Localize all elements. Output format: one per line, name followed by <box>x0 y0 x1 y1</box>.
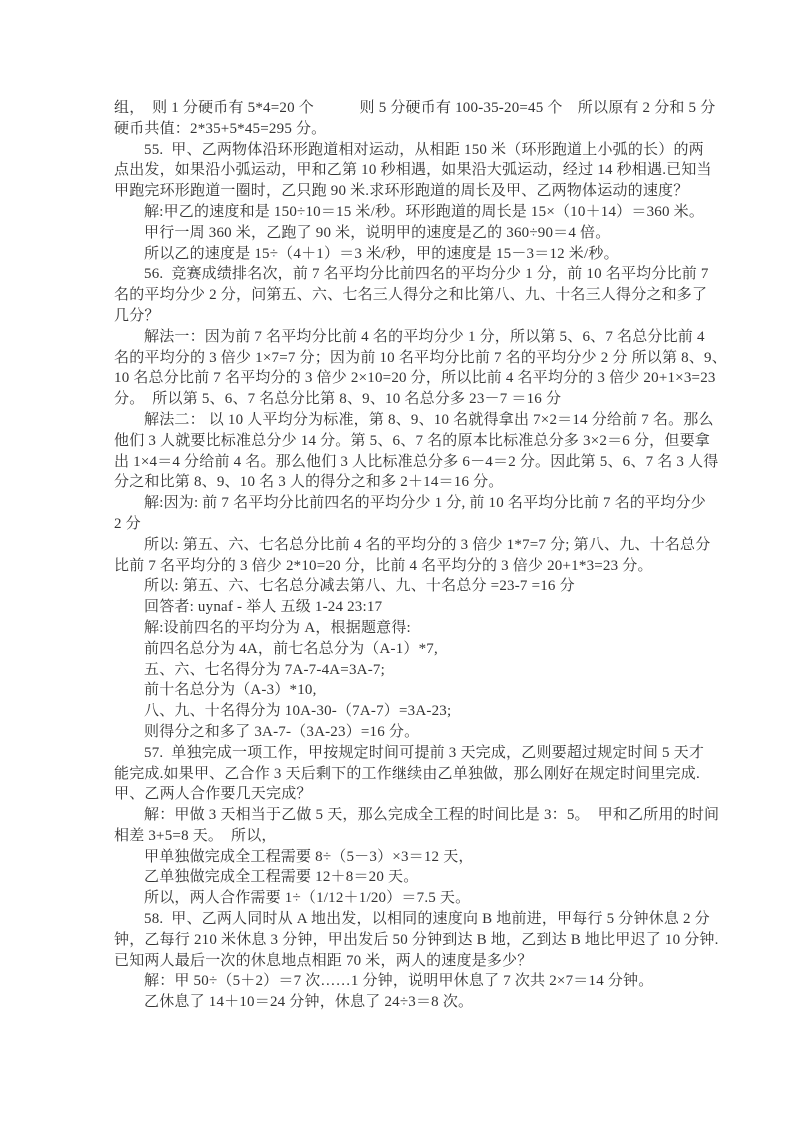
text-line: 分之和比第 8、9、10 名 3 人的得分之和多 2＋14＝16 分。 <box>114 472 691 493</box>
text-line: 组， 则 1 分硬币有 5*4=20 个 则 5 分硬币有 100-35-20=… <box>114 98 691 119</box>
text-line: 甲跑完环形跑道一圈时，乙只跑 90 米.求环形跑道的周长及甲、乙两物体运动的速度… <box>114 181 691 202</box>
text-line: 则得分之和多了 3A-7-（3A-23）=16 分。 <box>114 722 691 743</box>
text-line: 相差 3+5=8 天。 所以， <box>114 826 691 847</box>
text-line: 硬币共值：2*35+5*45=295 分。 <box>114 119 691 140</box>
text-line: 所以乙的速度是 15÷（4＋1）＝3 米/秒，甲的速度是 15－3＝12 米/秒… <box>114 244 691 265</box>
text-line: 甲单独做完成全工程需要 8÷（5－3）×3＝12 天， <box>114 847 691 868</box>
text-line: 乙单独做完成全工程需要 12＋8＝20 天。 <box>114 867 691 888</box>
document-text-block: 组， 则 1 分硬币有 5*4=20 个 则 5 分硬币有 100-35-20=… <box>114 98 691 1013</box>
text-line: 前四名总分为 4A，前七名总分为（A-1）*7, <box>114 639 691 660</box>
text-line: 解：甲做 3 天相当于乙做 5 天，那么完成全工程的时间比是 3：5。 甲和乙所… <box>114 805 691 826</box>
text-line: 八、九、十名得分为 10A-30-（7A-7）=3A-23; <box>114 701 691 722</box>
text-line: 五、六、七名得分为 7A-7-4A=3A-7; <box>114 660 691 681</box>
text-line: 解法一：因为前 7 名平均分比前 4 名的平均分少 1 分，所以第 5、6、7 … <box>114 327 691 348</box>
text-line: 55. 甲、乙两物体沿环形跑道相对运动，从相距 150 米（环形跑道上小弧的长）… <box>114 140 691 161</box>
text-line: 所以: 第五、六、七名总分减去第八、九、十名总分 =23-7 =16 分 <box>114 576 691 597</box>
document-page: 组， 则 1 分硬币有 5*4=20 个 则 5 分硬币有 100-35-20=… <box>0 0 793 1122</box>
text-line: 解法二： 以 10 人平均分为标准，第 8、9、10 名就得拿出 7×2＝14 … <box>114 410 691 431</box>
text-line: 分。 所以第 5、6、7 名总分比第 8、9、10 名总分多 23－7 ＝16 … <box>114 389 691 410</box>
text-line: 回答者: uynaf - 举人 五级 1-24 23:17 <box>114 597 691 618</box>
text-line: 他们 3 人就要比标准总分少 14 分。第 5、6、7 名的原本比标准总分多 3… <box>114 431 691 452</box>
text-line: 乙休息了 14＋10＝24 分钟，休息了 24÷3＝8 次。 <box>114 992 691 1013</box>
text-line: 58. 甲、乙两人同时从 A 地出发，以相同的速度向 B 地前进，甲每行 5 分… <box>114 909 691 930</box>
text-line: 能完成.如果甲、乙合作 3 天后剩下的工作继续由乙单独做，那么刚好在规定时间里完… <box>114 764 691 785</box>
text-line: 名的平均分的 3 倍少 1×7=7 分；因为前 10 名平均分比前 7 名的平均… <box>114 348 691 369</box>
text-line: 2 分 <box>114 514 691 535</box>
text-line: 10 名总分比前 7 名平均分的 3 倍少 2×10=20 分，所以比前 4 名… <box>114 368 691 389</box>
text-line: 几分？ <box>114 306 691 327</box>
text-line: 56. 竞赛成绩排名次，前 7 名平均分比前四名的平均分少 1 分，前 10 名… <box>114 264 691 285</box>
text-line: 所以: 第五、六、七名总分比前 4 名的平均分的 3 倍少 1*7=7 分; 第… <box>114 535 691 556</box>
text-line: 解:甲乙的速度和是 150÷10＝15 米/秒。环形跑道的周长是 15×（10＋… <box>114 202 691 223</box>
text-line: 点出发，如果沿小弧运动，甲和乙第 10 秒相遇，如果沿大弧运动，经过 14 秒相… <box>114 160 691 181</box>
text-line: 解：甲 50÷（5＋2）＝7 次……1 分钟，说明甲休息了 7 次共 2×7＝1… <box>114 971 691 992</box>
text-line: 甲行一周 360 米，乙跑了 90 米，说明甲的速度是乙的 360÷90＝4 倍… <box>114 223 691 244</box>
text-line: 比前 7 名平均分的 3 倍少 2*10=20 分，比前 4 名平均分的 3 倍… <box>114 556 691 577</box>
text-line: 出 1×4＝4 分给前 4 名。那么他们 3 人比标准总分多 6－4＝2 分。因… <box>114 452 691 473</box>
text-line: 解:设前四名的平均分为 A，根据题意得: <box>114 618 691 639</box>
text-line: 前十名总分为（A-3）*10, <box>114 680 691 701</box>
text-line: 解:因为: 前 7 名平均分比前四名的平均分少 1 分, 前 10 名平均分比前… <box>114 493 691 514</box>
text-line: 57. 单独完成一项工作，甲按规定时间可提前 3 天完成，乙则要超过规定时间 5… <box>114 743 691 764</box>
text-line: 已知两人最后一次的休息地点相距 70 米，两人的速度是多少？ <box>114 951 691 972</box>
text-line: 名的平均分少 2 分，问第五、六、七名三人得分之和比第八、九、十名三人得分之和多… <box>114 285 691 306</box>
text-line: 甲、乙两人合作要几天完成？ <box>114 784 691 805</box>
text-line: 钟，乙每行 210 米休息 3 分钟，甲出发后 50 分钟到达 B 地，乙到达 … <box>114 930 691 951</box>
text-line: 所以，两人合作需要 1÷（1/12＋1/20）＝7.5 天。 <box>114 888 691 909</box>
